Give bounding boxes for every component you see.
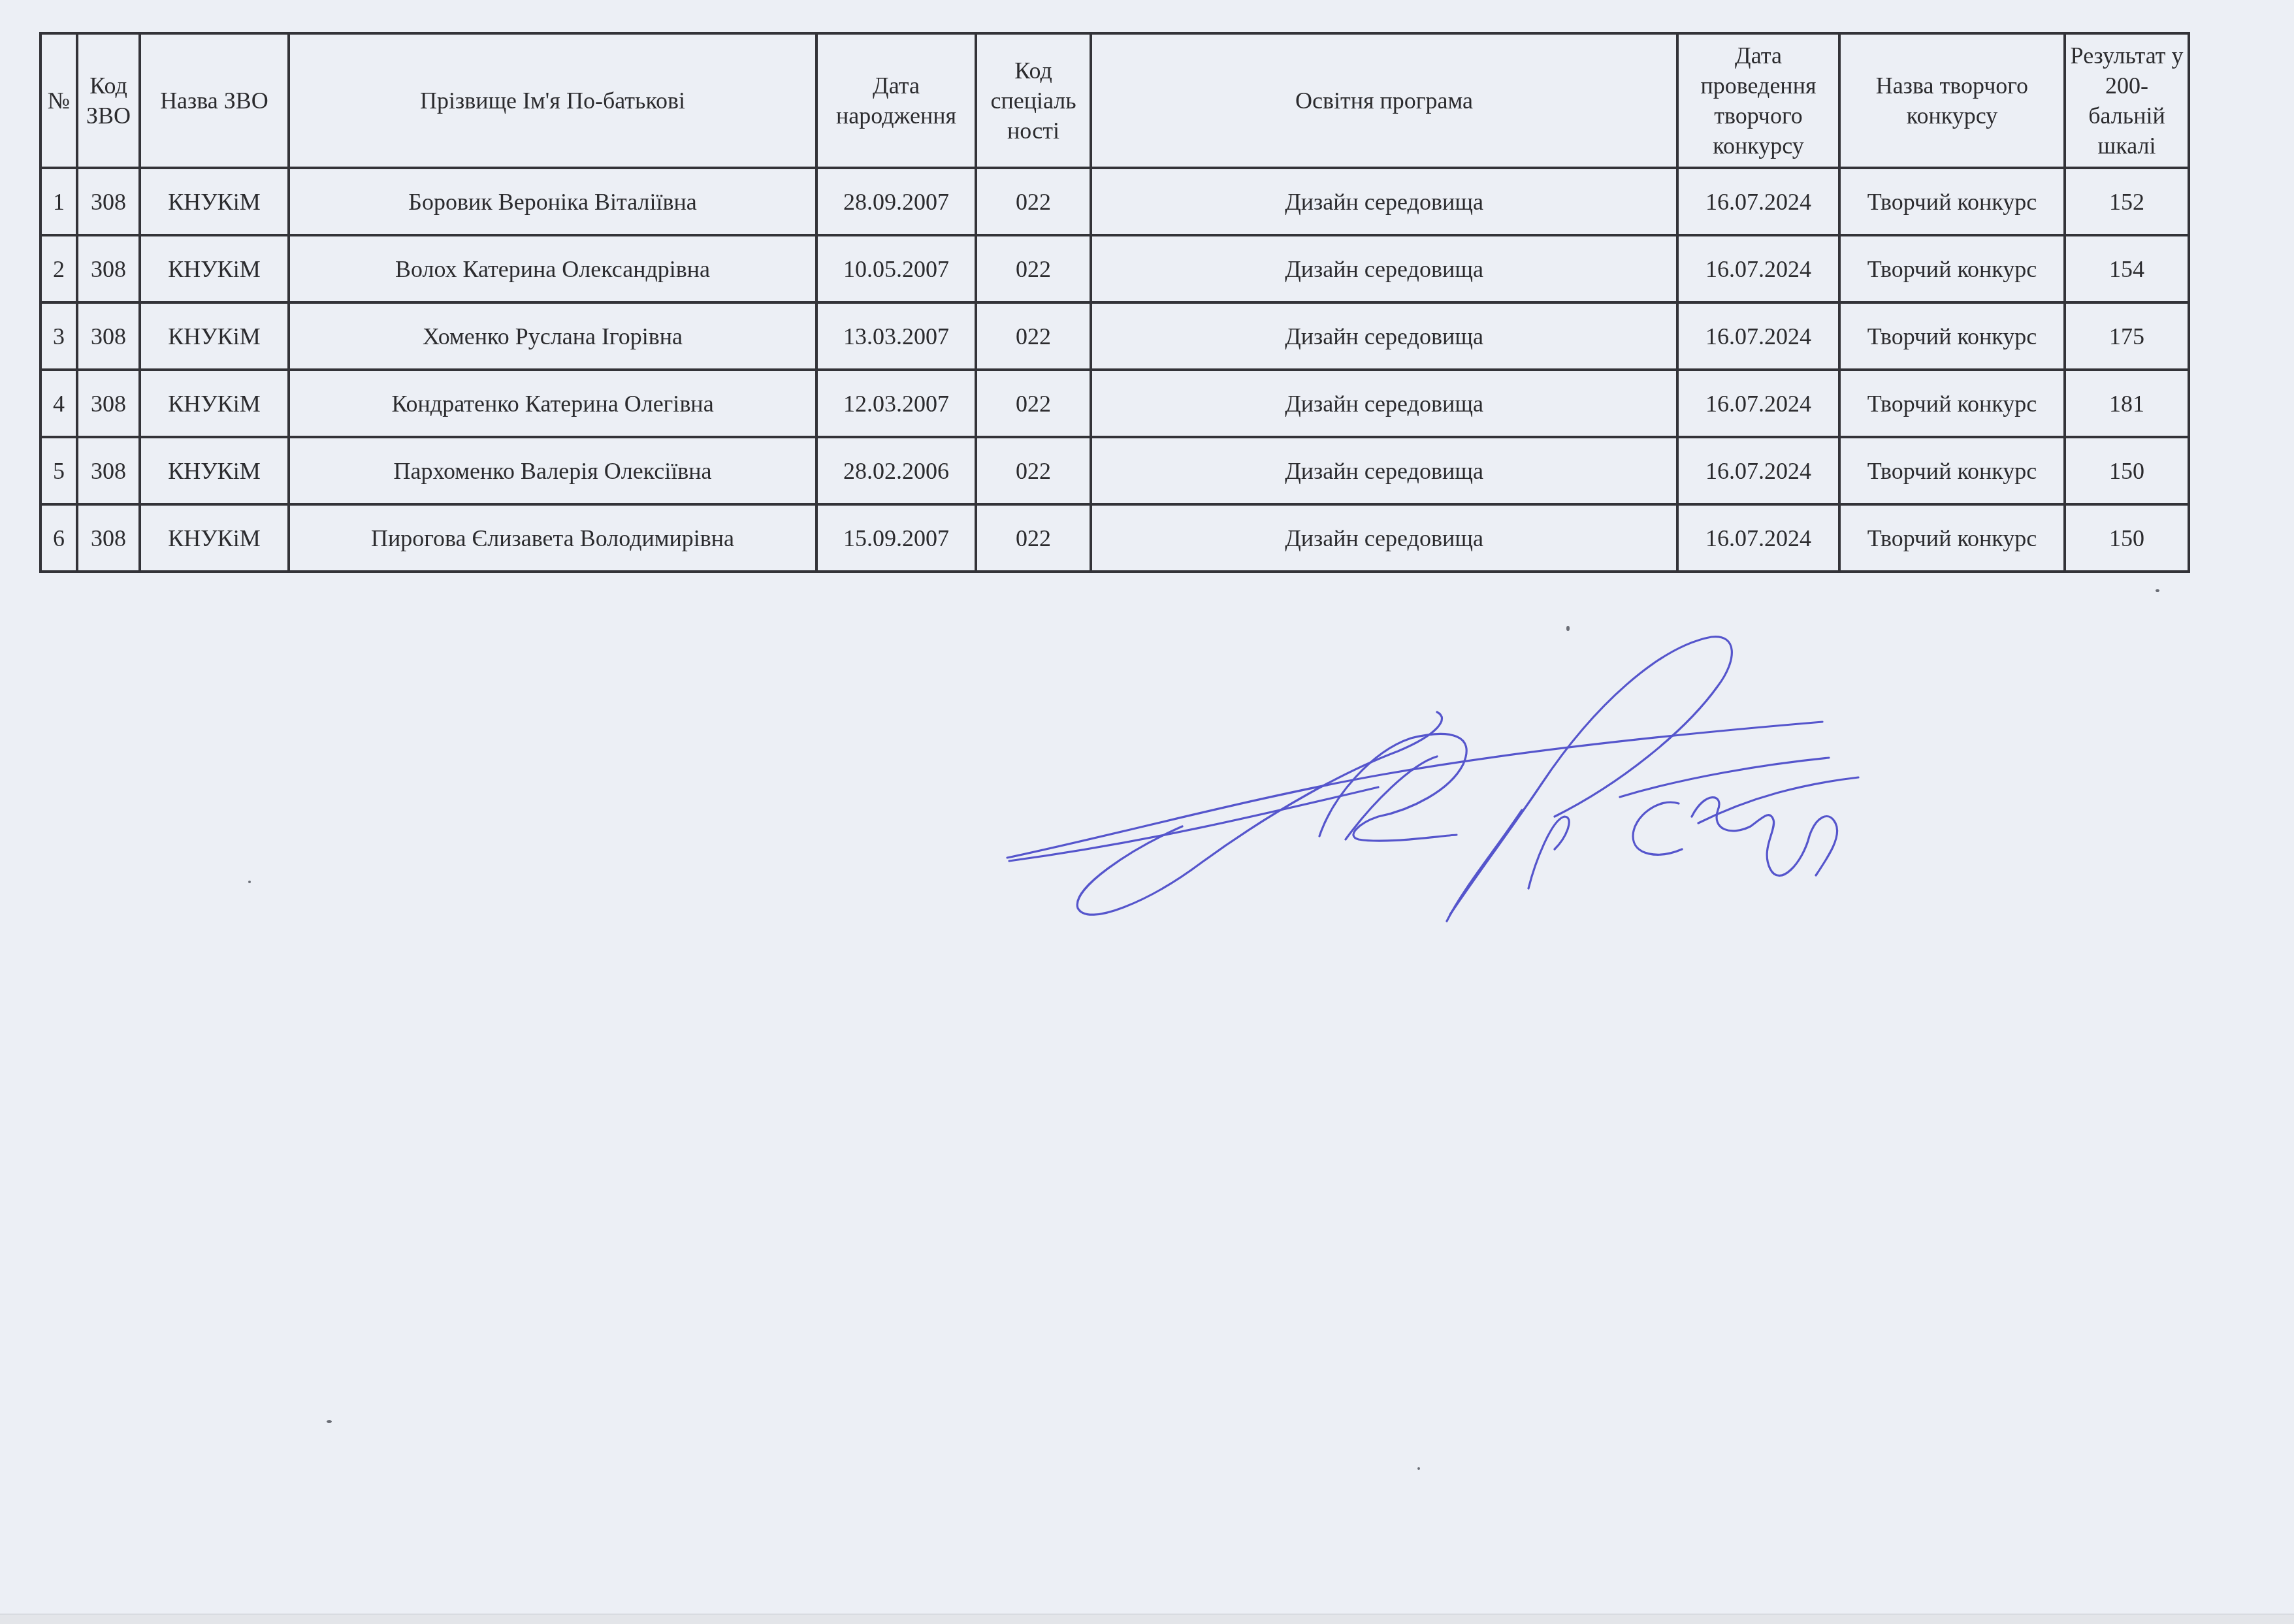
header-exam-date: Дата проведення творчого конкурсу bbox=[1677, 33, 1839, 168]
cell-institution-name: КНУКіМ bbox=[140, 437, 289, 504]
header-no: № bbox=[40, 33, 77, 168]
cell-exam-name: Творчий конкурс bbox=[1839, 302, 2065, 370]
page-bottom-edge bbox=[0, 1614, 2294, 1624]
cell-birth-date: 12.03.2007 bbox=[816, 370, 976, 437]
paper-speck bbox=[1566, 626, 1570, 631]
cell-score: 181 bbox=[2065, 370, 2189, 437]
cell-institution-name: КНУКіМ bbox=[140, 168, 289, 235]
cell-institution-name: КНУКіМ bbox=[140, 235, 289, 302]
cell-specialty-code: 022 bbox=[976, 437, 1091, 504]
cell-exam-date: 16.07.2024 bbox=[1677, 437, 1839, 504]
cell-institution-code: 308 bbox=[77, 302, 140, 370]
table-header-row: № Код ЗВО Назва ЗВО Прізвище Ім'я По-бат… bbox=[40, 33, 2189, 168]
cell-program: Дизайн середовища bbox=[1091, 437, 1677, 504]
cell-full-name: Пархоменко Валерія Олексіївна bbox=[289, 437, 816, 504]
cell-no: 1 bbox=[40, 168, 77, 235]
cell-birth-date: 28.02.2006 bbox=[816, 437, 976, 504]
cell-no: 6 bbox=[40, 504, 77, 572]
cell-score: 152 bbox=[2065, 168, 2189, 235]
paper-speck bbox=[248, 881, 251, 883]
cell-no: 5 bbox=[40, 437, 77, 504]
cell-program: Дизайн середовища bbox=[1091, 168, 1677, 235]
cell-specialty-code: 022 bbox=[976, 168, 1091, 235]
cell-institution-name: КНУКіМ bbox=[140, 370, 289, 437]
header-institution-code: Код ЗВО bbox=[77, 33, 140, 168]
cell-institution-name: КНУКіМ bbox=[140, 504, 289, 572]
cell-institution-code: 308 bbox=[77, 235, 140, 302]
cell-no: 3 bbox=[40, 302, 77, 370]
cell-full-name: Кондратенко Катерина Олегівна bbox=[289, 370, 816, 437]
cell-birth-date: 15.09.2007 bbox=[816, 504, 976, 572]
header-institution-name: Назва ЗВО bbox=[140, 33, 289, 168]
table-row: 2 308 КНУКіМ Волох Катерина Олександрівн… bbox=[40, 235, 2189, 302]
cell-score: 150 bbox=[2065, 504, 2189, 572]
cell-specialty-code: 022 bbox=[976, 504, 1091, 572]
header-full-name: Прізвище Ім'я По-батькові bbox=[289, 33, 816, 168]
cell-exam-date: 16.07.2024 bbox=[1677, 302, 1839, 370]
cell-institution-name: КНУКіМ bbox=[140, 302, 289, 370]
header-program: Освітня програма bbox=[1091, 33, 1677, 168]
cell-specialty-code: 022 bbox=[976, 302, 1091, 370]
cell-birth-date: 28.09.2007 bbox=[816, 168, 976, 235]
cell-exam-name: Творчий конкурс bbox=[1839, 235, 2065, 302]
header-exam-name: Назва творчого конкурсу bbox=[1839, 33, 2065, 168]
cell-score: 154 bbox=[2065, 235, 2189, 302]
paper-speck bbox=[327, 1420, 332, 1423]
header-birth-date: Дата народження bbox=[816, 33, 976, 168]
cell-exam-name: Творчий конкурс bbox=[1839, 437, 2065, 504]
cell-institution-code: 308 bbox=[77, 504, 140, 572]
signature-icon bbox=[980, 601, 1947, 941]
cell-score: 175 bbox=[2065, 302, 2189, 370]
table-row: 5 308 КНУКіМ Пархоменко Валерія Олексіїв… bbox=[40, 437, 2189, 504]
cell-score: 150 bbox=[2065, 437, 2189, 504]
cell-specialty-code: 022 bbox=[976, 235, 1091, 302]
cell-program: Дизайн середовища bbox=[1091, 302, 1677, 370]
cell-birth-date: 13.03.2007 bbox=[816, 302, 976, 370]
cell-institution-code: 308 bbox=[77, 168, 140, 235]
cell-institution-code: 308 bbox=[77, 437, 140, 504]
cell-no: 2 bbox=[40, 235, 77, 302]
cell-program: Дизайн середовища bbox=[1091, 370, 1677, 437]
cell-institution-code: 308 bbox=[77, 370, 140, 437]
results-table: № Код ЗВО Назва ЗВО Прізвище Ім'я По-бат… bbox=[39, 32, 2190, 573]
cell-exam-name: Творчий конкурс bbox=[1839, 168, 2065, 235]
table-row: 4 308 КНУКіМ Кондратенко Катерина Олегів… bbox=[40, 370, 2189, 437]
cell-full-name: Волох Катерина Олександрівна bbox=[289, 235, 816, 302]
cell-no: 4 bbox=[40, 370, 77, 437]
cell-program: Дизайн середовища bbox=[1091, 235, 1677, 302]
cell-exam-date: 16.07.2024 bbox=[1677, 235, 1839, 302]
header-score: Результат у 200-бальній шкалі bbox=[2065, 33, 2189, 168]
paper-speck bbox=[1417, 1467, 1420, 1470]
table-row: 3 308 КНУКіМ Хоменко Руслана Ігорівна 13… bbox=[40, 302, 2189, 370]
cell-exam-name: Творчий конкурс bbox=[1839, 504, 2065, 572]
cell-full-name: Хоменко Руслана Ігорівна bbox=[289, 302, 816, 370]
cell-exam-date: 16.07.2024 bbox=[1677, 504, 1839, 572]
table-row: 1 308 КНУКіМ Боровик Вероніка Віталіївна… bbox=[40, 168, 2189, 235]
cell-full-name: Боровик Вероніка Віталіївна bbox=[289, 168, 816, 235]
cell-full-name: Пирогова Єлизавета Володимирівна bbox=[289, 504, 816, 572]
table-row: 6 308 КНУКіМ Пирогова Єлизавета Володими… bbox=[40, 504, 2189, 572]
header-specialty-code: Код спеціаль ності bbox=[976, 33, 1091, 168]
cell-program: Дизайн середовища bbox=[1091, 504, 1677, 572]
document-page: № Код ЗВО Назва ЗВО Прізвище Ім'я По-бат… bbox=[0, 0, 2294, 1614]
cell-exam-name: Творчий конкурс bbox=[1839, 370, 2065, 437]
cell-exam-date: 16.07.2024 bbox=[1677, 370, 1839, 437]
cell-birth-date: 10.05.2007 bbox=[816, 235, 976, 302]
cell-exam-date: 16.07.2024 bbox=[1677, 168, 1839, 235]
paper-speck bbox=[2156, 589, 2159, 592]
cell-specialty-code: 022 bbox=[976, 370, 1091, 437]
